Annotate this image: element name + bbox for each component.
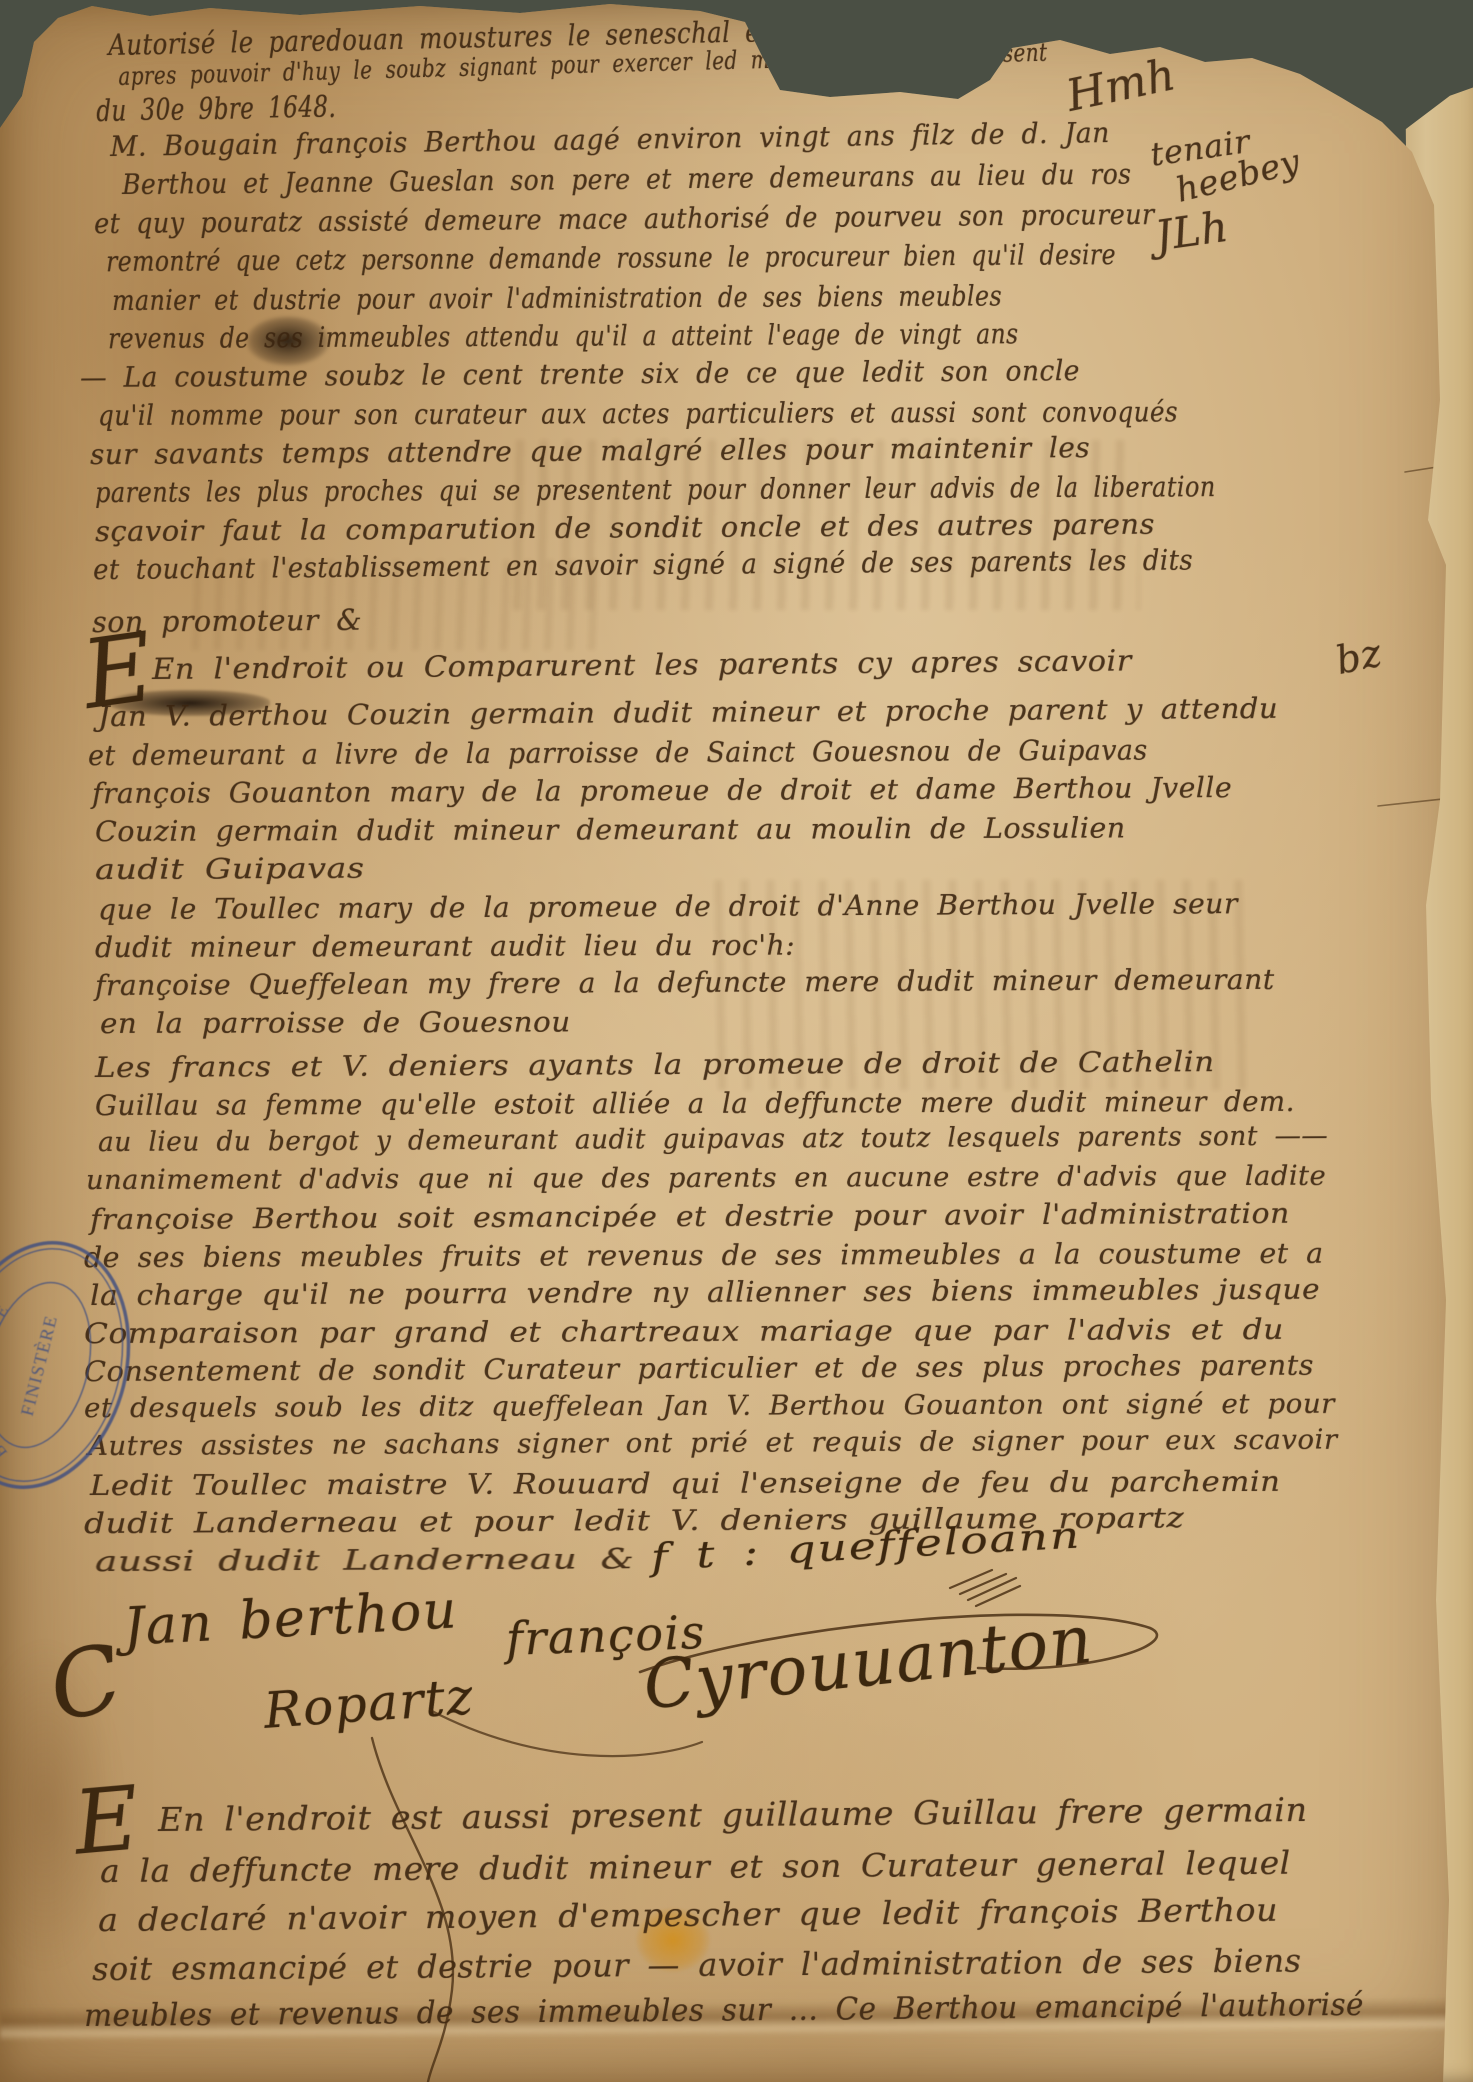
signature-jan-berthou: Jan berthou xyxy=(122,1580,459,1657)
act-line-10: parents les plus proches qui se presente… xyxy=(95,470,1216,509)
assembly-line-16: de ses biens meubles fruits et revenus d… xyxy=(84,1237,1324,1274)
assembly-line-19: Consentement de sondit Curateur particul… xyxy=(84,1349,1314,1388)
date-line: du 30e 9bre 1648. xyxy=(96,90,336,129)
assembly-line-22: Ledit Toullec maistre V. Rouuard qui l'e… xyxy=(90,1465,1281,1502)
assembly-line-1: En l'endroit ou Comparurent les parents … xyxy=(152,643,1132,686)
handwritten-text-layer: Autorisé le paredouan moustures le senes… xyxy=(0,0,1473,2082)
act-line-7: — La coustume soubz le cent trente six d… xyxy=(80,354,1080,394)
pen-stroke xyxy=(1280,36,1448,44)
assembly-line-18: Comparaison par grand et chartreaux mari… xyxy=(84,1313,1284,1350)
act-line-9: sur savants temps attendre que malgré el… xyxy=(90,431,1090,471)
closing-line-3: a declaré n'avoir moyen d'empescher que … xyxy=(98,1891,1278,1939)
assembly-line-4: françois Gouanton mary de la promeue de … xyxy=(92,771,1232,810)
act-line-4: remontré que cetz personne demande rossu… xyxy=(106,238,1116,278)
signature-ropartz: Ropartz xyxy=(262,1667,476,1740)
assembly-line-7: que le Toullec mary de la promeue de dro… xyxy=(98,887,1238,926)
flourish-left: C xyxy=(40,1623,132,1742)
assembly-line-10: en la parroisse de Gouesnou xyxy=(100,1005,571,1040)
assembly-line-11: Les francs et V. deniers ayants la prome… xyxy=(95,1045,1215,1084)
assembly-line-12: Guillau sa femme qu'elle estoit alliée a… xyxy=(95,1085,1295,1122)
pen-stroke xyxy=(1402,26,1408,54)
margin-note-1: Hmh xyxy=(1062,49,1180,122)
assembly-line-21: Autres assistes ne sachans signer ont pr… xyxy=(88,1424,1338,1462)
signature-cyrouuanton: Cyrouuanton xyxy=(640,1601,1097,1725)
assembly-line-9: françoise Queffelean my frere a la defun… xyxy=(95,963,1275,1002)
closing-line-5: meubles et revenus de ses immeubles sur … xyxy=(84,1987,1364,2034)
assembly-line-5: Couzin germain dudit mineur demeurant au… xyxy=(95,811,1126,848)
assembly-line-13: au lieu du bergot y demeurant audit guip… xyxy=(98,1121,1328,1158)
act-line-2: Berthou et Jeanne Gueslan son pere et me… xyxy=(122,157,1132,201)
closing-line-1: En l'endroit est aussi present guillaume… xyxy=(158,1790,1308,1839)
margin-note-4: JLh xyxy=(1152,202,1231,261)
act-line-8: qu'il nomme pour son curateur aux actes … xyxy=(98,395,1178,432)
assembly-line-14: unanimement d'advis que ni que des paren… xyxy=(86,1161,1326,1196)
act-line-11: sçavoir faut la comparution de sondit on… xyxy=(95,508,1155,548)
closing-line-4: soit esmancipé et destrie pour — avoir l… xyxy=(92,1942,1302,1988)
closing-line-2: a la deffuncte mere dudit mineur et son … xyxy=(100,1844,1291,1890)
margin-note-5: bz xyxy=(1332,631,1386,683)
assembly-line-17: la charge qu'il ne pourra vendre ny alli… xyxy=(90,1273,1320,1312)
assembly-line-20: et desquels soub les ditz queffelean Jan… xyxy=(84,1389,1335,1424)
act-line-3: et quy pouratz assisté demeure mace auth… xyxy=(94,198,1155,240)
manuscript-page: Autorisé le paredouan moustures le senes… xyxy=(0,0,1473,2082)
assembly-line-8: dudit mineur demeurant audit lieu du roc… xyxy=(95,929,795,964)
act-line-5: manier et dustrie pour avoir l'administr… xyxy=(112,279,1002,317)
assembly-line-15: françoise Berthou soit esmancipée et des… xyxy=(90,1197,1290,1236)
assembly-line-2: Jan V. derthou Couzin germain dudit mine… xyxy=(98,692,1278,733)
assembly-line-6: audit Guipavas xyxy=(95,852,365,886)
act-line-12: et touchant l'establissement en savoir s… xyxy=(93,543,1193,586)
assembly-line-3: et demeurant a livre de la parroisse de … xyxy=(88,733,1148,772)
act-line-6: revenus de ses immeubles attendu qu'il a… xyxy=(108,317,1019,355)
assembly-line-24: aussi dudit Landerneau & xyxy=(95,1542,635,1578)
